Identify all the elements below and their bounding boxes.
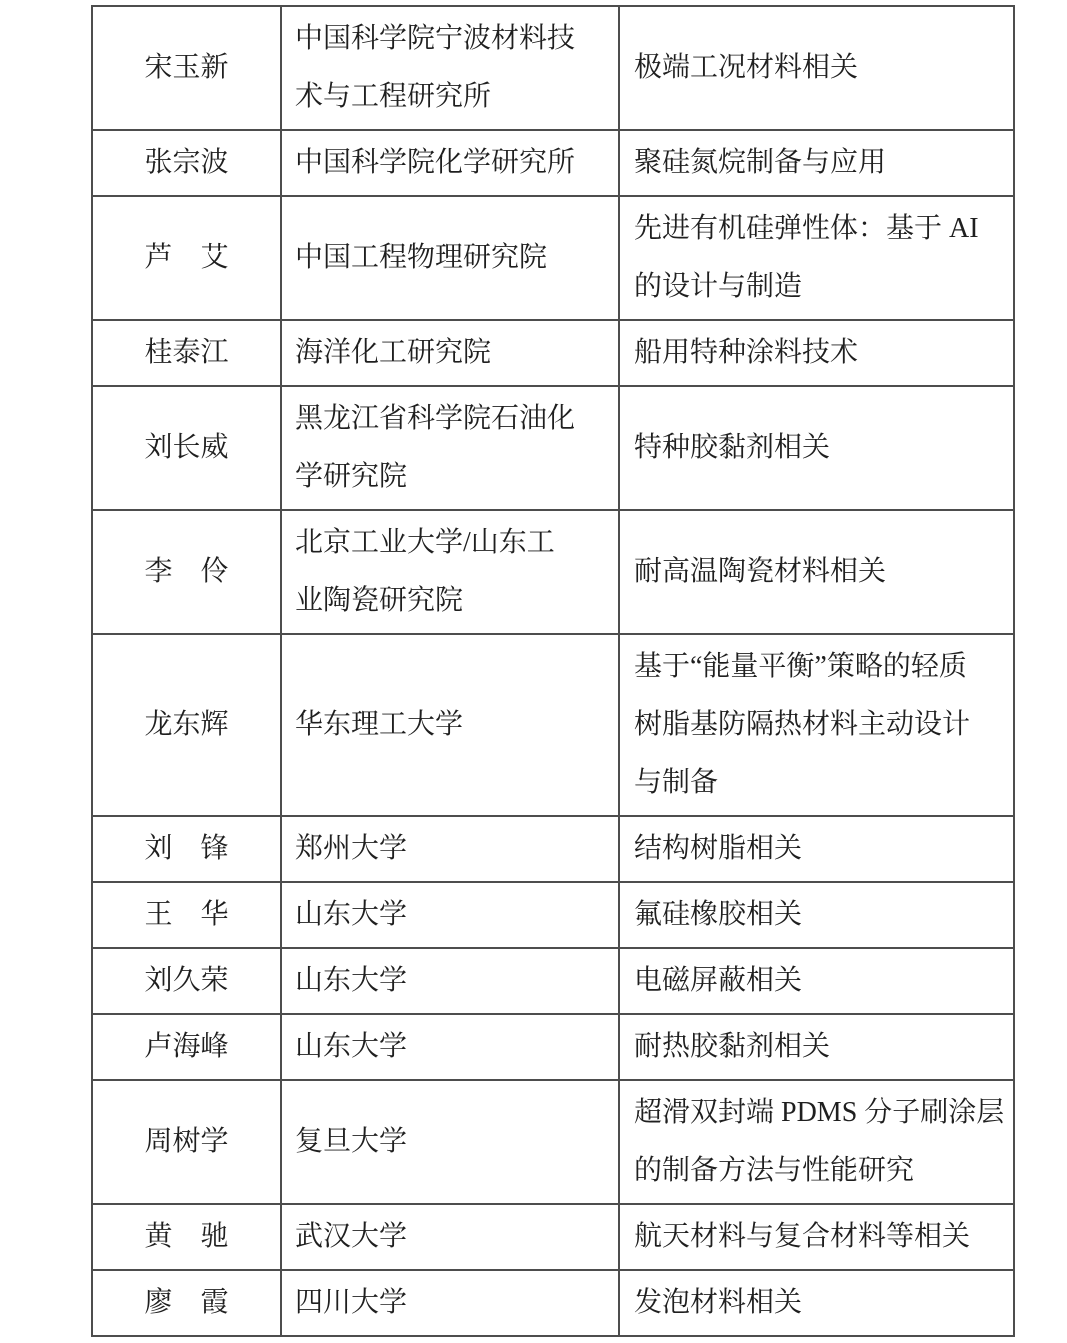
table-row: 黄 驰武汉大学航天材料与复合材料等相关 <box>92 1204 1014 1270</box>
table-row: 李 伶北京工业大学/山东工 业陶瓷研究院耐高温陶瓷材料相关 <box>92 510 1014 634</box>
topic-cell: 聚硅氮烷制备与应用 <box>619 130 1014 196</box>
name-cell: 周树学 <box>92 1080 281 1204</box>
topic-cell: 船用特种涂料技术 <box>619 320 1014 386</box>
topic-cell: 耐热胶黏剂相关 <box>619 1014 1014 1080</box>
topic-cell: 电磁屏蔽相关 <box>619 948 1014 1014</box>
institution-cell: 华东理工大学 <box>281 634 619 816</box>
table-row: 桂泰江海洋化工研究院船用特种涂料技术 <box>92 320 1014 386</box>
name-cell: 刘久荣 <box>92 948 281 1014</box>
name-cell: 王 华 <box>92 882 281 948</box>
institution-cell: 中国科学院化学研究所 <box>281 130 619 196</box>
reviewer-table: 宋玉新中国科学院宁波材料技 术与工程研究所极端工况材料相关张宗波中国科学院化学研… <box>91 5 1015 1337</box>
table-row: 廖 霞四川大学发泡材料相关 <box>92 1270 1014 1336</box>
institution-cell: 复旦大学 <box>281 1080 619 1204</box>
institution-cell: 郑州大学 <box>281 816 619 882</box>
topic-cell: 先进有机硅弹性体：基于 AI 的设计与制造 <box>619 196 1014 320</box>
institution-cell: 北京工业大学/山东工 业陶瓷研究院 <box>281 510 619 634</box>
document-page: 宋玉新中国科学院宁波材料技 术与工程研究所极端工况材料相关张宗波中国科学院化学研… <box>91 5 1015 1337</box>
institution-cell: 山东大学 <box>281 882 619 948</box>
name-cell: 龙东辉 <box>92 634 281 816</box>
name-cell: 卢海峰 <box>92 1014 281 1080</box>
institution-cell: 山东大学 <box>281 948 619 1014</box>
table-row: 周树学复旦大学超滑双封端 PDMS 分子刷涂层 的制备方法与性能研究 <box>92 1080 1014 1204</box>
topic-cell: 结构树脂相关 <box>619 816 1014 882</box>
name-cell: 桂泰江 <box>92 320 281 386</box>
topic-cell: 特种胶黏剂相关 <box>619 386 1014 510</box>
table-row: 宋玉新中国科学院宁波材料技 术与工程研究所极端工况材料相关 <box>92 6 1014 130</box>
institution-cell: 中国科学院宁波材料技 术与工程研究所 <box>281 6 619 130</box>
topic-cell: 超滑双封端 PDMS 分子刷涂层 的制备方法与性能研究 <box>619 1080 1014 1204</box>
name-cell: 刘 锋 <box>92 816 281 882</box>
name-cell: 刘长威 <box>92 386 281 510</box>
table-row: 芦 艾中国工程物理研究院先进有机硅弹性体：基于 AI 的设计与制造 <box>92 196 1014 320</box>
institution-cell: 四川大学 <box>281 1270 619 1336</box>
name-cell: 芦 艾 <box>92 196 281 320</box>
topic-cell: 氟硅橡胶相关 <box>619 882 1014 948</box>
institution-cell: 山东大学 <box>281 1014 619 1080</box>
table-row: 刘久荣山东大学电磁屏蔽相关 <box>92 948 1014 1014</box>
topic-cell: 耐高温陶瓷材料相关 <box>619 510 1014 634</box>
name-cell: 廖 霞 <box>92 1270 281 1336</box>
table-body: 宋玉新中国科学院宁波材料技 术与工程研究所极端工况材料相关张宗波中国科学院化学研… <box>92 6 1014 1336</box>
name-cell: 宋玉新 <box>92 6 281 130</box>
institution-cell: 中国工程物理研究院 <box>281 196 619 320</box>
institution-cell: 黑龙江省科学院石油化 学研究院 <box>281 386 619 510</box>
table-row: 龙东辉华东理工大学基于“能量平衡”策略的轻质 树脂基防隔热材料主动设计 与制备 <box>92 634 1014 816</box>
table-row: 刘长威黑龙江省科学院石油化 学研究院特种胶黏剂相关 <box>92 386 1014 510</box>
topic-cell: 航天材料与复合材料等相关 <box>619 1204 1014 1270</box>
table-row: 刘 锋郑州大学结构树脂相关 <box>92 816 1014 882</box>
topic-cell: 基于“能量平衡”策略的轻质 树脂基防隔热材料主动设计 与制备 <box>619 634 1014 816</box>
name-cell: 李 伶 <box>92 510 281 634</box>
institution-cell: 海洋化工研究院 <box>281 320 619 386</box>
topic-cell: 发泡材料相关 <box>619 1270 1014 1336</box>
name-cell: 张宗波 <box>92 130 281 196</box>
topic-cell: 极端工况材料相关 <box>619 6 1014 130</box>
table-row: 王 华山东大学氟硅橡胶相关 <box>92 882 1014 948</box>
table-row: 张宗波中国科学院化学研究所聚硅氮烷制备与应用 <box>92 130 1014 196</box>
table-row: 卢海峰山东大学耐热胶黏剂相关 <box>92 1014 1014 1080</box>
institution-cell: 武汉大学 <box>281 1204 619 1270</box>
name-cell: 黄 驰 <box>92 1204 281 1270</box>
